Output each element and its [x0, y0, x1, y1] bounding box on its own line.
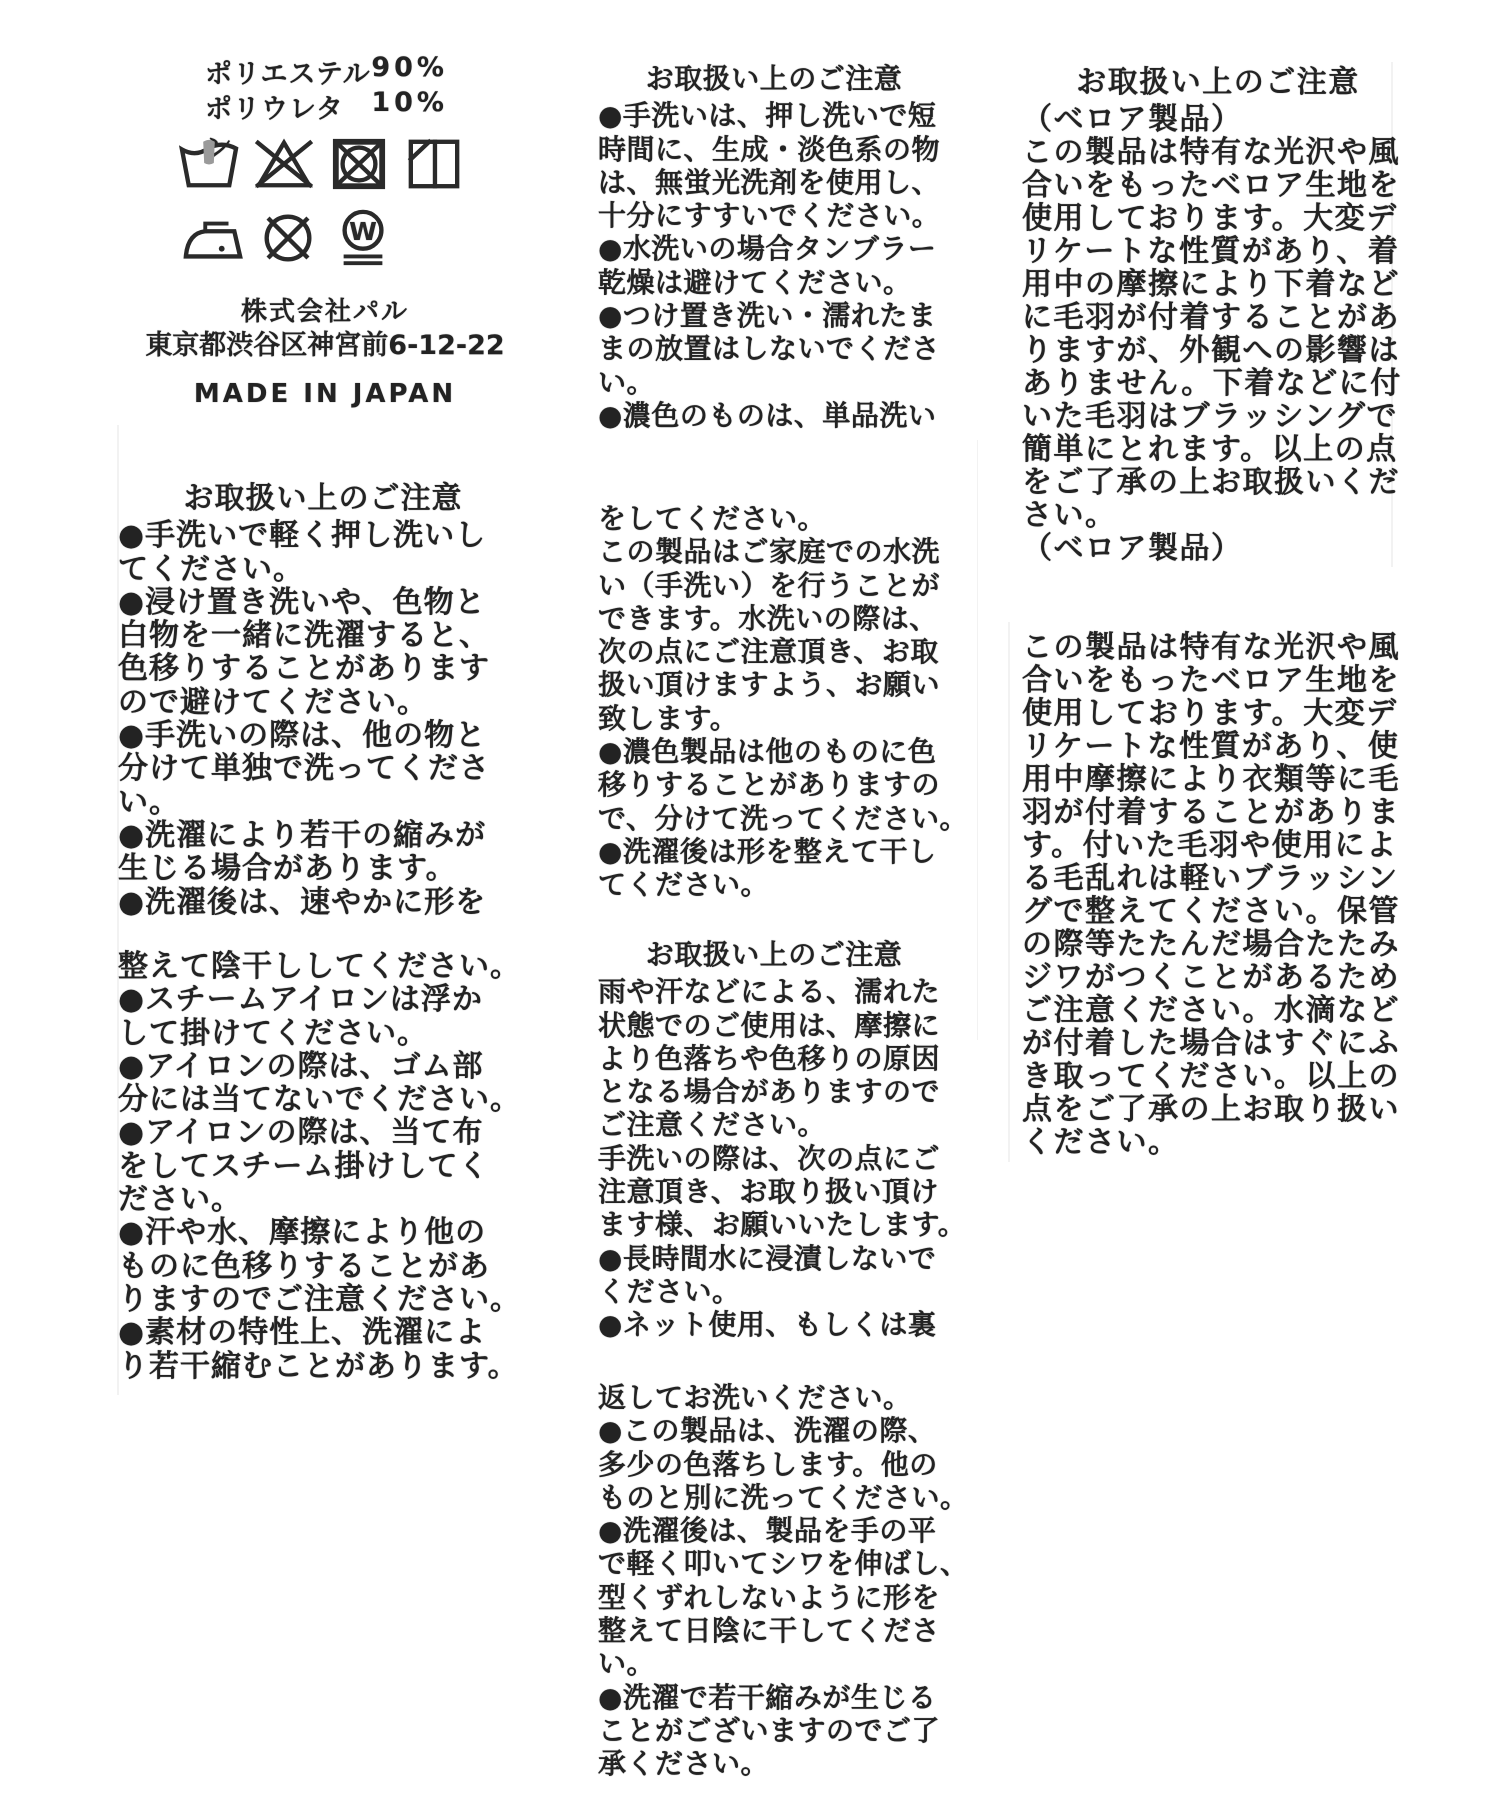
composition-row: ポリウレタン 10% — [205, 87, 448, 122]
text-line: 分けて単独で洗ってくださ — [118, 752, 528, 785]
care-label-scan-sheet: ポリエステル 90% ポリウレタン 10% — [0, 0, 1500, 1800]
text-line: この製品は特有な光沢や風 — [1022, 631, 1414, 664]
text-line: ●洗濯で若干縮みが生じる — [598, 1681, 950, 1714]
text-line: 次の点にご注意頂き、お取 — [598, 635, 950, 668]
care-instructions-title: お取扱い上のご注意 — [598, 938, 950, 971]
text-line: ●長時間水に浸漬しないで — [598, 1242, 950, 1275]
shade-line-dry-icon — [403, 136, 465, 192]
text-line: をしてください。 — [598, 502, 950, 535]
text-line: ものと別に洗ってください。 — [598, 1481, 950, 1514]
text-line: より色落ちや色移りの原因 — [598, 1042, 950, 1075]
do-not-dry-clean-icon — [257, 208, 319, 270]
text-line: りますのでご注意ください。 — [118, 1283, 534, 1316]
text-line: す。付いた毛羽や使用によ — [1022, 829, 1414, 862]
text-line: 乾燥は避けてください。 — [598, 266, 950, 299]
text-line: 合いをもったベロア生地を — [1022, 169, 1414, 202]
fabric-composition: ポリエステル 90% ポリウレタン 10% — [205, 52, 448, 122]
company-address: 東京都渋谷区神宮前6-12-22 — [115, 329, 535, 362]
text-line: ものに色移りすることがあ — [118, 1250, 534, 1283]
care-instructions-left-2: 整えて陰干ししてください。●スチームアイロンは浮かして掛けてください。●アイロン… — [118, 950, 534, 1383]
text-line: 移りすることがありますの — [598, 768, 950, 801]
text-line: リケートな性質があり、使 — [1022, 730, 1414, 763]
text-line: 用中摩擦により衣類等に毛 — [1022, 763, 1414, 796]
text-line: 白物を一緒に洗濯すると、 — [118, 619, 528, 652]
text-line: 手洗いの際は、次の点にご — [598, 1142, 950, 1175]
text-line: まの放置はしないでくださ — [598, 332, 950, 365]
text-line: 致します。 — [598, 702, 950, 735]
text-line: この製品は特有な光沢や風 — [1022, 136, 1414, 169]
text-line: 承ください。 — [598, 1747, 950, 1780]
text-line: をご了承の上お取扱いくだ — [1022, 466, 1414, 499]
text-line: ます様、お願いいたします。 — [598, 1208, 950, 1241]
text-line: ジワがつくことがあるため — [1022, 961, 1414, 994]
text-line: ●手洗いは、押し洗いで短 — [598, 99, 950, 132]
care-instructions-title: お取扱い上のご注意 — [1022, 66, 1414, 99]
text-line: てください。 — [598, 868, 950, 901]
svg-text:W: W — [349, 217, 377, 246]
care-instructions-body: ●手洗いは、押し洗いで短時間に、生成・淡色系の物は、無蛍光洗剤を使用し、十分にす… — [598, 99, 950, 432]
text-line: 羽が付着することがありま — [1022, 796, 1414, 829]
label-edge-line — [977, 440, 978, 1040]
text-line: ●手洗いの際は、他の物と — [118, 719, 528, 752]
text-line: ●洗濯により若干の縮みが — [118, 819, 528, 852]
hand-wash-tub-icon — [178, 136, 240, 192]
text-line: 十分にすすいでください。 — [598, 199, 950, 232]
text-line: い。 — [598, 1647, 950, 1680]
text-line: いた毛羽はブラッシングで — [1022, 400, 1414, 433]
care-instructions-body: ●手洗いで軽く押し洗いしてください。●浸け置き洗いや、色物と白物を一緒に洗濯する… — [118, 519, 528, 919]
text-line: ●洗濯後は形を整えて干し — [598, 835, 950, 868]
text-line: い。 — [598, 366, 950, 399]
manufacturer-info: 株式会社パル 東京都渋谷区神宮前6-12-22 MADE IN JAPAN — [115, 296, 535, 411]
text-line: で、分けて洗ってください。 — [598, 802, 950, 835]
fiber-percentage: 10% — [371, 87, 448, 122]
text-line: ●洗濯後は、速やかに形を — [118, 886, 528, 919]
care-symbols-row-2: W — [182, 208, 394, 270]
care-instructions-middle-2: をしてください。この製品はご家庭での水洗い（手洗い）を行うことができます。水洗い… — [598, 502, 950, 902]
text-line: の際等たたんだ場合たたみ — [1022, 928, 1414, 961]
do-not-tumble-dry-icon — [328, 136, 390, 192]
text-line: 色移りすることがあります — [118, 652, 528, 685]
text-line: して掛けてください。 — [118, 1017, 534, 1050]
text-line: 整えて日陰に干してくださ — [598, 1614, 950, 1647]
care-instructions-right-2: この製品は特有な光沢や風合いをもったベロア生地を使用しております。大変デリケート… — [1022, 631, 1414, 1159]
text-line: グで整えてください。保管 — [1022, 895, 1414, 928]
text-line: り若干縮むことがあります。 — [118, 1350, 534, 1383]
text-line: りますが、外観への影響は — [1022, 334, 1414, 367]
fiber-percentage: 90% — [371, 52, 448, 87]
care-instructions-body: （ベロア製品）この製品は特有な光沢や風合いをもったベロア生地を使用しております。… — [1022, 103, 1414, 565]
care-instructions-middle-3: お取扱い上のご注意 雨や汗などによる、濡れた状態でのご使用は、摩擦により色落ちや… — [598, 938, 950, 1342]
text-line: 時間に、生成・淡色系の物 — [598, 133, 950, 166]
company-name: 株式会社パル — [115, 296, 535, 329]
care-instructions-middle-1: お取扱い上のご注意 ●手洗いは、押し洗いで短時間に、生成・淡色系の物は、無蛍光洗… — [598, 62, 950, 432]
text-line: さい。 — [1022, 499, 1414, 532]
text-line: ●アイロンの際は、ゴム部 — [118, 1050, 534, 1083]
text-line: 生じる場合があります。 — [118, 852, 528, 885]
text-line: ●濃色のものは、単品洗い — [598, 399, 950, 432]
text-line: ●アイロンの際は、当て布 — [118, 1116, 534, 1149]
text-line: ので避けてください。 — [118, 686, 528, 719]
text-line: 返してお洗いください。 — [598, 1381, 950, 1414]
text-line: ください。 — [1022, 1126, 1414, 1159]
composition-row: ポリエステル 90% — [205, 52, 448, 87]
text-line: となる場合がありますので — [598, 1075, 950, 1108]
text-line: 用中の摩擦により下着など — [1022, 268, 1414, 301]
iron-icon — [182, 208, 244, 270]
care-instructions-body: 整えて陰干ししてください。●スチームアイロンは浮かして掛けてください。●アイロン… — [118, 950, 534, 1383]
label-edge-line — [1391, 62, 1393, 567]
care-instructions-body: この製品は特有な光沢や風合いをもったベロア生地を使用しております。大変デリケート… — [1022, 631, 1414, 1159]
care-instructions-right-1: お取扱い上のご注意 （ベロア製品）この製品は特有な光沢や風合いをもったベロア生地… — [1022, 66, 1414, 565]
care-instructions-body: 返してお洗いください。●この製品は、洗濯の際、多少の色落ちします。他のものと別に… — [598, 1381, 950, 1781]
text-line: 雨や汗などによる、濡れた — [598, 975, 950, 1008]
text-line: 型くずれしないように形を — [598, 1581, 950, 1614]
fiber-name: ポリエステル — [205, 52, 371, 87]
text-line: ありません。下着などに付 — [1022, 367, 1414, 400]
care-instructions-body: 雨や汗などによる、濡れた状態でのご使用は、摩擦により色落ちや色移りの原因となる場… — [598, 975, 950, 1341]
text-line: ご注意ください。 — [598, 1108, 950, 1141]
text-line: 点をご了承の上お取り扱い — [1022, 1093, 1414, 1126]
text-line: てください。 — [118, 553, 528, 586]
wet-clean-w-icon: W — [332, 208, 394, 270]
text-line: ●スチームアイロンは浮か — [118, 983, 534, 1016]
text-line: 合いをもったベロア生地を — [1022, 664, 1414, 697]
text-line: ●この製品は、洗濯の際、 — [598, 1414, 950, 1447]
label-edge-line — [117, 425, 119, 1395]
text-line: （ベロア製品） — [1022, 532, 1414, 565]
country-of-origin: MADE IN JAPAN — [115, 378, 535, 411]
text-line: 多少の色落ちします。他の — [598, 1448, 950, 1481]
text-line: ●ネット使用、もしくは裏 — [598, 1308, 950, 1341]
text-line: 簡単にとれます。以上の点 — [1022, 433, 1414, 466]
text-line: ご注意ください。水滴など — [1022, 994, 1414, 1027]
text-line: この製品はご家庭での水洗 — [598, 535, 950, 568]
text-line: ことがございますのでご了 — [598, 1714, 950, 1747]
text-line: ください。 — [598, 1275, 950, 1308]
text-line: に毛羽が付着することがあ — [1022, 301, 1414, 334]
care-instructions-title: お取扱い上のご注意 — [118, 482, 528, 515]
text-line: い。 — [118, 786, 528, 819]
fiber-name: ポリウレタン — [205, 87, 371, 122]
text-line: できます。水洗いの際は、 — [598, 602, 950, 635]
text-line: 注意頂き、お取り扱い頂け — [598, 1175, 950, 1208]
text-line: は、無蛍光洗剤を使用し、 — [598, 166, 950, 199]
text-line: ●汗や水、摩擦により他の — [118, 1216, 534, 1249]
text-line: 扱い頂けますよう、お願い — [598, 668, 950, 701]
care-symbols-row-1 — [178, 136, 465, 192]
text-line: ●洗濯後は、製品を手の平 — [598, 1514, 950, 1547]
label-edge-line — [1008, 622, 1010, 1162]
text-line: ●水洗いの場合タンブラー — [598, 232, 950, 265]
text-line: い（手洗い）を行うことが — [598, 569, 950, 602]
care-instructions-title: お取扱い上のご注意 — [598, 62, 950, 95]
text-line: をしてスチーム掛けしてく — [118, 1150, 534, 1183]
do-not-bleach-icon — [253, 136, 315, 192]
text-line: 使用しております。大変デ — [1022, 202, 1414, 235]
text-line: き取ってください。以上の — [1022, 1060, 1414, 1093]
text-line: 状態でのご使用は、摩擦に — [598, 1009, 950, 1042]
text-line: ●つけ置き洗い・濡れたま — [598, 299, 950, 332]
text-line: （ベロア製品） — [1022, 103, 1414, 136]
text-line: ●手洗いで軽く押し洗いし — [118, 519, 528, 552]
text-line: 整えて陰干ししてください。 — [118, 950, 534, 983]
text-line: 使用しております。大変デ — [1022, 697, 1414, 730]
text-line: ださい。 — [118, 1183, 534, 1216]
text-line: で軽く叩いてシワを伸ばし、 — [598, 1547, 950, 1580]
text-line: ●浸け置き洗いや、色物と — [118, 586, 528, 619]
care-instructions-left-1: お取扱い上のご注意 ●手洗いで軽く押し洗いしてください。●浸け置き洗いや、色物と… — [118, 482, 528, 919]
care-instructions-body: をしてください。この製品はご家庭での水洗い（手洗い）を行うことができます。水洗い… — [598, 502, 950, 902]
text-line: が付着した場合はすぐにふ — [1022, 1027, 1414, 1060]
text-line: る毛乱れは軽いブラッシン — [1022, 862, 1414, 895]
care-instructions-middle-4: 返してお洗いください。●この製品は、洗濯の際、多少の色落ちします。他のものと別に… — [598, 1381, 950, 1781]
text-line: 分には当てないでください。 — [118, 1083, 534, 1116]
text-line: ●濃色製品は他のものに色 — [598, 735, 950, 768]
text-line: リケートな性質があり、着 — [1022, 235, 1414, 268]
text-line: ●素材の特性上、洗濯によ — [118, 1316, 534, 1349]
